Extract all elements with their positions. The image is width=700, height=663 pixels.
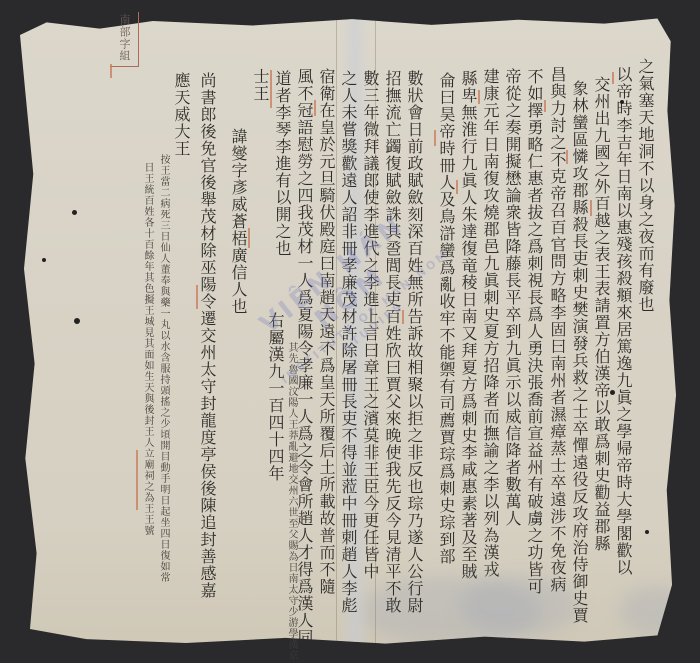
ink-speck (74, 318, 80, 324)
red-tick-mark (248, 228, 250, 248)
red-tick-mark (434, 130, 436, 146)
text-column-18: 士王 (251, 68, 269, 102)
text-column-5: 昌與力討之不克帝召百官問方略李固曰南州者濕瘴蒸士卒遠涉不免夜病 (548, 66, 566, 593)
text-column-3: 交州出九國之外百越之表王表請置方伯漢帝以敢爲刺史勸益郡縣 (592, 76, 610, 552)
text-column-7: 帝從之奏開擬懋論衆皆降藤長平卒到九眞示以威信降者數萬人 (503, 68, 521, 527)
red-tick-mark (566, 150, 568, 164)
text-column-15: 宿衛在皇於元旦騎伏殿庭曰南趙天遠不爲皇天所覆后土所載故普而不隨 (317, 68, 335, 595)
red-tick-mark (110, 64, 112, 78)
text-column-20: 尚書郎後免官後舉茂材除巫陽令遷交州太守封龍度亭侯後陳追封善感嘉 (198, 72, 216, 599)
ink-speck (645, 530, 649, 534)
text-column-14: 之人未嘗獎歡遠人詔非冊孝廉茂材許除屠冊長吏不得並蒞中冊刺趙人李彪 (339, 70, 357, 614)
text-column-16: 風不冠語慰勞之四我茂材一人爲夏陽令孝廉一人爲之令會所趙人才得爲漢人同 (295, 68, 313, 646)
text-column-17: 道者李琴李進有以開之也 (273, 70, 291, 257)
ink-speck (620, 100, 624, 104)
annotation-column-1: 其先魯國汶陽人王莽亂避地交州六世至父賜為日南太守少游學漢京 (286, 342, 297, 661)
annotation-column-2: 按王當二病死三日仙人董奉與藥一丸以水含服持頭搖之少頃開目動手明日起坐四日復如常 (158, 154, 169, 583)
fold-line (336, 16, 337, 648)
text-column-10: 侖曰昊帝時冊人及鳥滸蠻爲亂收牢不能禦有司薦賈琮爲刺史琮到部 (437, 72, 455, 565)
paper-stain (620, 586, 690, 636)
document-viewer: 南部字組 之氣塞天地洞不以身之夜而有廢也 以帝時李吉年日南以惠殘孩殺頫來居篤逸九… (0, 0, 700, 663)
text-column-2: 以帝時李吉年日南以惠殘孩殺頫來居篤逸九眞之學帰帝時大學閣歡以 (614, 66, 632, 576)
red-tick-mark (136, 450, 138, 510)
ink-speck (72, 210, 77, 215)
text-column-8: 建康元年日南復攻燒郡邑九眞刺史夏方招降者而撫諭之李以列為漢戎 (481, 68, 499, 578)
text-column-19-continuation: 右屬漢九一百四十四年 (266, 312, 284, 482)
text-column-12: 招撫流亡蠲復賦斂誅其巹閭長吏百姓欣曰賈父來晚使我先反今見清平不敢 (383, 70, 401, 614)
red-tick-mark (402, 310, 404, 324)
red-tick-mark (196, 285, 198, 309)
text-column-6: 不如擇勇略仁惠者拔之爲刺視長爲人勇決張喬前宣益州有破虜之功皆可 (525, 68, 543, 595)
text-column-9: 縣卑無淮行九眞人朱達復竜稜日南又拜夏方爲刺史李咸惠素著及至賊 (459, 70, 477, 580)
red-tick-mark (314, 100, 316, 116)
red-tick-mark (544, 100, 546, 112)
red-tick-mark (590, 200, 592, 216)
text-column-21: 應天威大王 (172, 72, 190, 157)
ink-speck (42, 258, 46, 262)
red-tick-mark (612, 72, 614, 84)
text-column-11: 數狀會日前政賦斂刻深百姓無所告訴故相聚以拒之非反也琮乃遂人公行尉 (405, 70, 423, 614)
text-column-4: 象林蠻區憐攻郡縣殺長吏刺史樊演發兵救之士卒憚遠役反攻府治侍御史賈 (570, 80, 588, 624)
header-label: 南部字組 (116, 14, 132, 62)
text-column-1: 之氣塞天地洞不以身之夜而有廢也 (636, 58, 654, 313)
red-tick-mark (478, 90, 480, 104)
text-column-13: 數三年微拜議郎使李進代之李進上言曰章王之濱莫非王臣今更任皆中 (361, 70, 379, 580)
annotation-column-3: 日王統百姓各十百餘年其色擬王城見其面如生天與後封王人立廟祠之為王王號 (142, 162, 153, 536)
ink-speck (610, 390, 615, 395)
red-tick-mark (270, 70, 272, 108)
red-tick-mark (456, 180, 458, 194)
text-column-19: 諱燮字彥威蒼梧廣信人也 (229, 128, 247, 315)
